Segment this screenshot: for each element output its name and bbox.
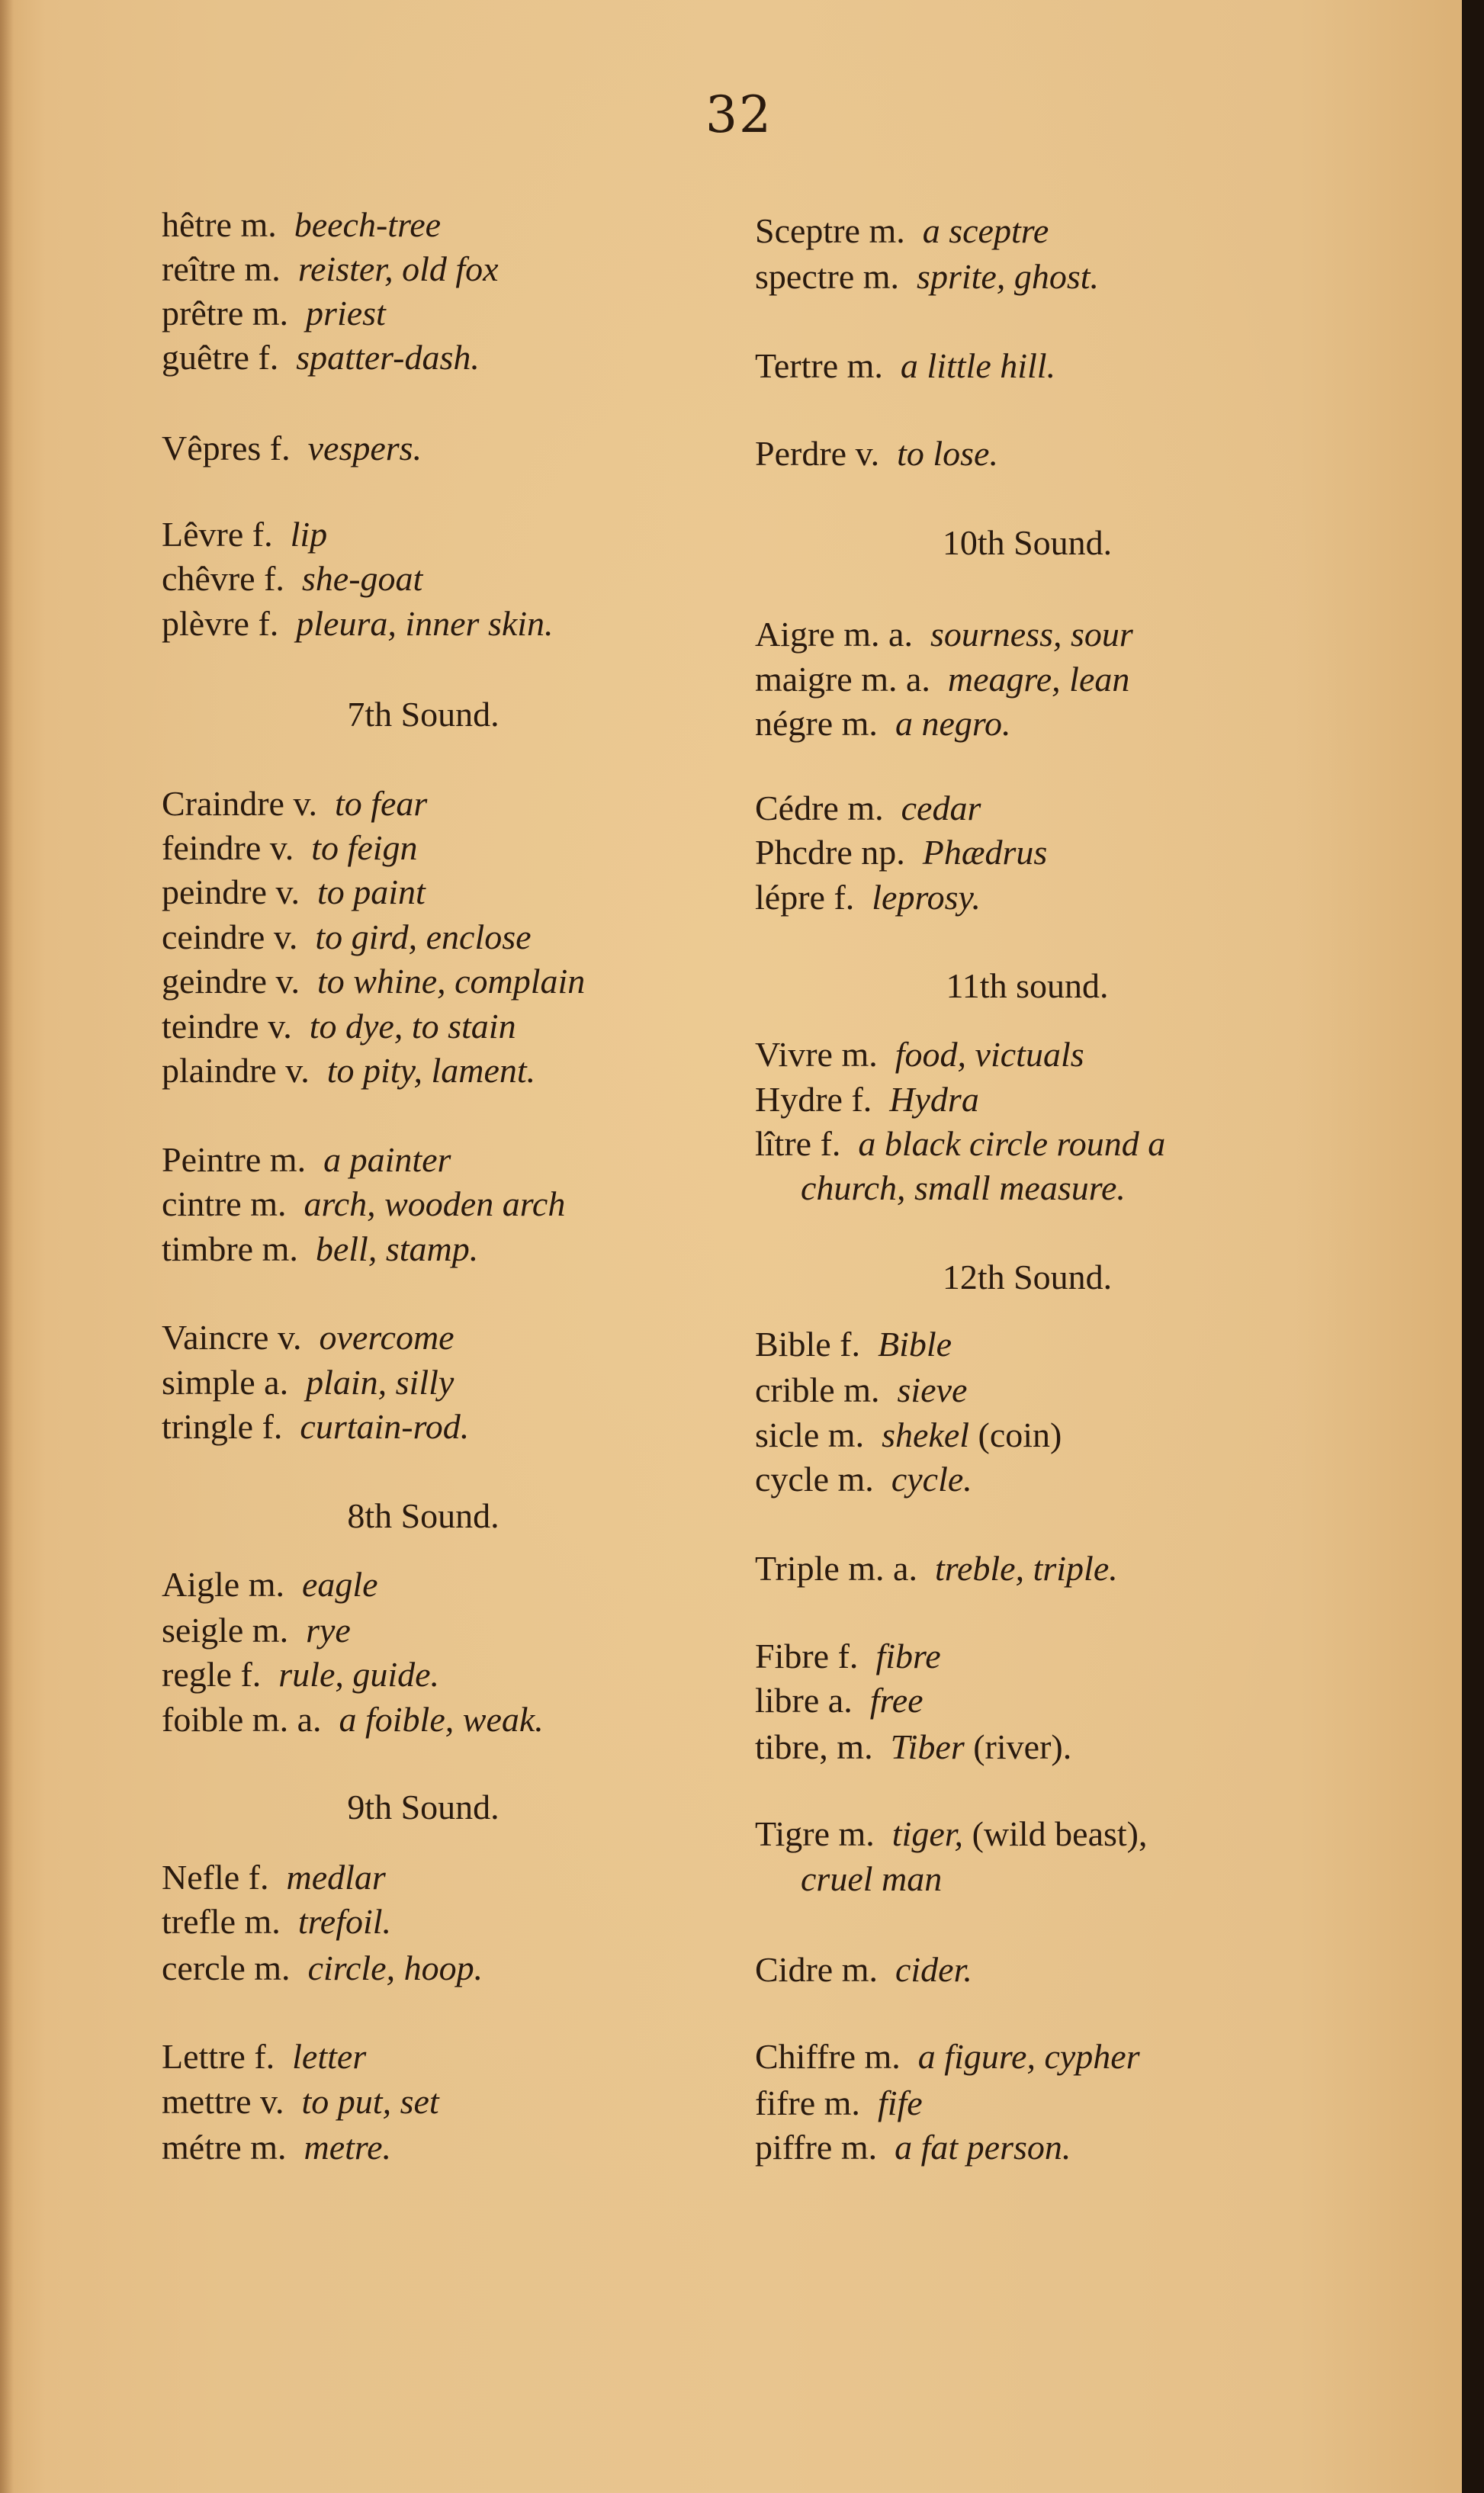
grammar-abbreviation: m. — [847, 789, 883, 827]
vocabulary-entry: lépre f. leprosy. — [755, 880, 981, 915]
vocabulary-entry: Vivre m. food, victuals — [755, 1037, 1084, 1072]
vocabulary-entry: Lêvre f. lip — [162, 517, 327, 552]
vocabulary-entry: mettre v. to put, set — [162, 2084, 439, 2119]
vocabulary-entry: plaindre v. to pity, lament. — [162, 1053, 535, 1088]
vocabulary-entry: ceindre v. to gird, enclose — [162, 920, 532, 955]
vocabulary-entry: Peintre m. a painter — [162, 1142, 451, 1177]
grammar-abbreviation: v. — [274, 917, 298, 956]
vocabulary-entry: négre m. a negro. — [755, 706, 1011, 741]
english-translation: bell, stamp. — [316, 1229, 478, 1268]
english-translation: vespers. — [308, 429, 422, 467]
english-translation: a little hill. — [901, 346, 1055, 385]
vocabulary-entry: Vaincre v. overcome — [162, 1320, 455, 1355]
sound-section-heading: 7th Sound. — [347, 697, 499, 732]
vocabulary-entry: Tertre m. a little hill. — [755, 349, 1055, 384]
french-word: simple — [162, 1363, 255, 1402]
grammar-abbreviation: m. — [254, 1948, 290, 1987]
grammar-abbreviation: v. — [285, 1051, 310, 1090]
vocabulary-entry: Aigre m. a. sourness, sour — [755, 617, 1133, 652]
french-word: hêtre — [162, 205, 232, 244]
french-word: Tertre — [755, 346, 838, 385]
english-translation: plain, silly — [306, 1363, 454, 1402]
grammar-abbreviation: v. — [293, 784, 317, 823]
vocabulary-entry: Lettre f. letter — [162, 2039, 366, 2074]
english-translation: a sceptre — [923, 211, 1049, 250]
english-translation: arch, wooden arch — [304, 1184, 566, 1223]
vocabulary-entry: simple a. plain, silly — [162, 1365, 454, 1400]
french-word: maigre — [755, 660, 853, 699]
sound-section-heading: 12th Sound. — [943, 1260, 1112, 1295]
english-translation: rule, guide. — [278, 1655, 439, 1694]
english-translation: a fat person. — [895, 2128, 1071, 2167]
vocabulary-entry: cruel man — [801, 1862, 942, 1897]
vocabulary-entry: Cidre m. cider. — [755, 1952, 972, 1987]
vocabulary-entry: cercle m. circle, hoop. — [162, 1951, 483, 1986]
english-translation: cider. — [895, 1950, 972, 1989]
vocabulary-entry: Aigle m. eagle — [162, 1567, 378, 1602]
vocabulary-entry: seigle m. rye — [162, 1613, 351, 1648]
grammar-abbreviation: v. — [278, 1318, 302, 1357]
english-translation: to lose. — [897, 434, 998, 473]
french-word: lépre — [755, 878, 825, 917]
french-word: foible — [162, 1700, 243, 1739]
vocabulary-entry: tibre, m. Tiber (river). — [755, 1730, 1071, 1765]
grammar-abbreviation: m. — [842, 1950, 878, 1989]
english-translation: sourness, sour — [930, 615, 1133, 654]
vocabulary-entry: church, small measure. — [801, 1171, 1126, 1206]
vocabulary-entry: regle f. rule, guide. — [162, 1657, 439, 1692]
english-translation: sieve — [898, 1370, 968, 1409]
english-translation: beech-tree — [294, 205, 441, 244]
vocabulary-entry: teindre v. to dye, to stain — [162, 1009, 516, 1044]
french-word: Bible — [755, 1325, 831, 1364]
grammar-abbreviation: m. — [245, 249, 281, 288]
grammar-abbreviation: v. — [275, 962, 300, 1001]
grammar-abbreviation: v. — [275, 872, 300, 911]
vocabulary-entry: timbre m. bell, stamp. — [162, 1232, 478, 1267]
grammar-abbreviation: m. — [839, 1814, 875, 1853]
french-word: Sceptre — [755, 211, 860, 250]
french-word: teindre — [162, 1007, 259, 1046]
vocabulary-entry: cycle m. cycle. — [755, 1462, 972, 1497]
french-word: fifre — [755, 2083, 815, 2122]
grammar-abbreviation: m. — [240, 205, 276, 244]
vocabulary-entry: sicle m. shekel (coin) — [755, 1418, 1062, 1453]
french-word: tibre, — [755, 1727, 828, 1766]
french-word: feindre — [162, 828, 261, 867]
grammar-abbreviation: f. — [258, 604, 278, 643]
translation-note: (wild beast), — [972, 1814, 1148, 1853]
page-edge-stain — [0, 0, 14, 2493]
english-translation: church, small measure. — [801, 1168, 1126, 1207]
grammar-abbreviation: v. — [268, 1007, 292, 1046]
english-translation: tiger, — [892, 1814, 963, 1853]
english-translation: to paint — [317, 872, 426, 911]
grammar-abbreviation: f. — [851, 1080, 872, 1119]
french-word: Lêvre — [162, 515, 243, 554]
french-word: regle — [162, 1655, 232, 1694]
french-word: lître — [755, 1124, 811, 1163]
english-translation: to feign — [311, 828, 417, 867]
vocabulary-entry: Perdre v. to lose. — [755, 436, 998, 471]
french-word: reître — [162, 249, 236, 288]
english-translation: fife — [878, 2083, 923, 2122]
english-translation: she-goat — [302, 559, 422, 598]
vocabulary-entry: guêtre f. spatter-dash. — [162, 340, 480, 375]
french-word: Vaincre — [162, 1318, 268, 1357]
english-translation: cruel man — [801, 1859, 942, 1898]
french-word: tringle — [162, 1407, 253, 1446]
grammar-abbreviation: f. — [270, 429, 291, 467]
sound-section-heading: 10th Sound. — [943, 525, 1112, 561]
book-page: 32 hêtre m. beech-treereître m. reister,… — [0, 0, 1484, 2493]
french-word: prêtre — [162, 294, 243, 333]
french-word: Nefle — [162, 1858, 239, 1897]
sound-section-heading: 11th sound. — [946, 969, 1109, 1004]
english-translation: spatter-dash. — [296, 338, 480, 377]
english-translation: leprosy. — [872, 878, 981, 917]
english-translation: free — [870, 1681, 923, 1720]
french-word: trefle — [162, 1902, 236, 1941]
french-word: piffre — [755, 2128, 832, 2167]
french-word: Aigre — [755, 615, 835, 654]
french-word: cercle — [162, 1948, 246, 1987]
vocabulary-entry: feindre v. to feign — [162, 830, 418, 866]
sound-section-heading: 8th Sound. — [347, 1499, 499, 1534]
vocabulary-entry: Tigre m. tiger, (wild beast), — [755, 1817, 1148, 1852]
grammar-abbreviation: m. — [824, 2083, 860, 2122]
french-word: plèvre — [162, 604, 249, 643]
grammar-abbreviation: f. — [840, 1325, 860, 1364]
french-word: Vêpres — [162, 429, 261, 467]
french-word: seigle — [162, 1611, 243, 1650]
french-word: Fibre — [755, 1637, 829, 1675]
french-word: ceindre — [162, 917, 265, 956]
vocabulary-entry: crible m. sieve — [755, 1373, 967, 1408]
english-translation: a figure, cypher — [918, 2037, 1140, 2076]
french-word: Hydre — [755, 1080, 843, 1119]
english-translation: medlar — [286, 1858, 385, 1897]
book-spine-edge — [1462, 0, 1484, 2493]
french-word: mettre — [162, 2082, 252, 2121]
english-translation: eagle — [302, 1565, 378, 1604]
vocabulary-entry: Sceptre m. a sceptre — [755, 214, 1049, 249]
translation-note: (river). — [973, 1727, 1071, 1766]
vocabulary-entry: Chiffre m. a figure, cypher — [755, 2039, 1140, 2074]
english-translation: overcome — [320, 1318, 455, 1357]
page-number: 32 — [705, 85, 773, 144]
vocabulary-entry: fifre m. fife — [755, 2086, 923, 2121]
english-translation: food, victuals — [895, 1035, 1084, 1074]
french-word: guêtre — [162, 338, 249, 377]
english-translation: to gird, enclose — [315, 917, 531, 956]
english-translation: to dye, to stain — [310, 1007, 516, 1046]
grammar-abbreviation: f. — [834, 878, 854, 917]
french-word: crible — [755, 1370, 835, 1409]
french-word: Cédre — [755, 789, 839, 827]
sound-section-heading: 9th Sound. — [347, 1790, 499, 1825]
grammar-abbreviation: v. — [270, 828, 294, 867]
grammar-abbreviation: v. — [856, 434, 880, 473]
grammar-abbreviation: m. a. — [861, 660, 930, 699]
french-word: Aigle — [162, 1565, 239, 1604]
vocabulary-entry: Phcdre np. Phædrus — [755, 835, 1047, 870]
grammar-abbreviation: m. — [250, 2128, 286, 2167]
vocabulary-entry: hêtre m. beech-tree — [162, 207, 441, 243]
grammar-abbreviation: a. — [828, 1681, 853, 1720]
vocabulary-entry: libre a. free — [755, 1683, 923, 1718]
english-translation: letter — [292, 2037, 366, 2076]
grammar-abbreviation: f. — [262, 1407, 283, 1446]
grammar-abbreviation: m. — [841, 1035, 877, 1074]
english-translation: curtain-rod. — [300, 1407, 469, 1446]
grammar-abbreviation: m. — [828, 1415, 864, 1454]
vocabulary-entry: reître m. reister, old fox — [162, 252, 499, 287]
vocabulary-entry: prêtre m. priest — [162, 296, 386, 331]
grammar-abbreviation: m. — [863, 257, 899, 296]
vocabulary-entry: geindre v. to whine, complain — [162, 964, 585, 999]
vocabulary-entry: Hydre f. Hydra — [755, 1082, 979, 1117]
french-word: négre — [755, 704, 833, 743]
french-word: Tigre — [755, 1814, 830, 1853]
vocabulary-entry: Bible f. Bible — [755, 1327, 952, 1362]
vocabulary-entry: lître f. a black circle round a — [755, 1126, 1165, 1161]
french-word: Phcdre — [755, 833, 853, 872]
translation-note: (coin) — [978, 1415, 1062, 1454]
vocabulary-entry: peindre v. to paint — [162, 875, 426, 910]
vocabulary-entry: Vêpres f. vespers. — [162, 431, 422, 466]
english-translation: sprite, ghost. — [917, 257, 1099, 296]
grammar-abbreviation: a. — [264, 1363, 288, 1402]
english-translation: to whine, complain — [317, 962, 585, 1001]
english-translation: Hydra — [889, 1080, 979, 1119]
english-translation: priest — [306, 294, 386, 333]
french-word: Vivre — [755, 1035, 833, 1074]
french-word: Craindre — [162, 784, 284, 823]
grammar-abbreviation: f. — [838, 1637, 859, 1675]
grammar-abbreviation: m. — [252, 294, 288, 333]
vocabulary-entry: maigre m. a. meagre, lean — [755, 662, 1129, 697]
french-word: Lettre — [162, 2037, 246, 2076]
french-word: plaindre — [162, 1051, 277, 1090]
vocabulary-entry: tringle f. curtain-rod. — [162, 1409, 469, 1444]
french-word: Chiffre — [755, 2037, 856, 2076]
english-translation: Bible — [878, 1325, 952, 1364]
vocabulary-entry: métre m. metre. — [162, 2130, 391, 2165]
french-word: Perdre — [755, 434, 846, 473]
vocabulary-entry: Nefle f. medlar — [162, 1860, 386, 1895]
english-translation: a foible, weak. — [339, 1700, 544, 1739]
english-translation: cycle. — [891, 1460, 972, 1499]
french-word: Cidre — [755, 1950, 833, 1989]
grammar-abbreviation: m. — [869, 211, 904, 250]
english-translation: rye — [306, 1611, 351, 1650]
grammar-abbreviation: v. — [260, 2082, 284, 2121]
french-word: geindre — [162, 962, 267, 1001]
english-translation: a painter — [323, 1140, 451, 1179]
grammar-abbreviation: m. — [252, 1611, 288, 1650]
grammar-abbreviation: m. — [838, 1460, 874, 1499]
french-word: Triple — [755, 1549, 840, 1588]
vocabulary-entry: Craindre v. to fear — [162, 786, 427, 821]
grammar-abbreviation: m. — [841, 2128, 877, 2167]
french-word: libre — [755, 1681, 819, 1720]
english-translation: meagre, lean — [948, 660, 1129, 699]
english-translation: cedar — [901, 789, 981, 827]
grammar-abbreviation: m. — [250, 1184, 286, 1223]
french-word: Peintre — [162, 1140, 261, 1179]
vocabulary-entry: piffre m. a fat person. — [755, 2130, 1071, 2165]
grammar-abbreviation: m. — [837, 1727, 872, 1766]
grammar-abbreviation: f. — [821, 1124, 841, 1163]
vocabulary-entry: chêvre f. she-goat — [162, 561, 422, 596]
french-word: cycle — [755, 1460, 829, 1499]
english-translation: to put, set — [302, 2082, 439, 2121]
english-translation: metre. — [304, 2128, 392, 2167]
french-word: timbre — [162, 1229, 253, 1268]
english-translation: Phædrus — [923, 833, 1048, 872]
grammar-abbreviation: m. — [262, 1229, 298, 1268]
grammar-abbreviation: np. — [861, 833, 905, 872]
french-word: cintre — [162, 1184, 242, 1223]
english-translation: shekel — [882, 1415, 969, 1454]
grammar-abbreviation: m. — [865, 2037, 901, 2076]
vocabulary-entry: cintre m. arch, wooden arch — [162, 1187, 565, 1222]
vocabulary-entry: foible m. a. a foible, weak. — [162, 1702, 544, 1737]
grammar-abbreviation: m. — [842, 704, 878, 743]
vocabulary-entry: Cédre m. cedar — [755, 791, 981, 826]
grammar-abbreviation: f. — [258, 338, 278, 377]
english-translation: lip — [291, 515, 328, 554]
french-word: métre — [162, 2128, 242, 2167]
vocabulary-entry: spectre m. sprite, ghost. — [755, 259, 1099, 294]
grammar-abbreviation: m. — [270, 1140, 306, 1179]
grammar-abbreviation: f. — [249, 1858, 269, 1897]
grammar-abbreviation: m. a. — [252, 1700, 322, 1739]
grammar-abbreviation: m. a. — [843, 615, 913, 654]
vocabulary-entry: Fibre f. fibre — [755, 1639, 941, 1674]
grammar-abbreviation: m. — [843, 1370, 879, 1409]
grammar-abbreviation: f. — [240, 1655, 261, 1694]
english-translation: to pity, lament. — [327, 1051, 535, 1090]
english-translation: to fear — [335, 784, 427, 823]
english-translation: treble, triple. — [935, 1549, 1118, 1588]
english-translation: trefoil. — [298, 1902, 391, 1941]
vocabulary-entry: trefle m. trefoil. — [162, 1904, 391, 1939]
english-translation: Tiber — [891, 1727, 965, 1766]
english-translation: circle, hoop. — [308, 1948, 483, 1987]
grammar-abbreviation: f. — [252, 515, 273, 554]
english-translation: a negro. — [895, 704, 1011, 743]
grammar-abbreviation: m. — [249, 1565, 284, 1604]
vocabulary-entry: Triple m. a. treble, triple. — [755, 1551, 1118, 1586]
grammar-abbreviation: f. — [264, 559, 284, 598]
grammar-abbreviation: m. — [245, 1902, 281, 1941]
english-translation: reister, old fox — [298, 249, 499, 288]
french-word: spectre — [755, 257, 854, 296]
english-translation: pleura, inner skin. — [296, 604, 553, 643]
vocabulary-entry: plèvre f. pleura, inner skin. — [162, 606, 554, 641]
grammar-abbreviation: m. — [847, 346, 883, 385]
french-word: peindre — [162, 872, 267, 911]
grammar-abbreviation: f. — [254, 2037, 275, 2076]
english-translation: fibre — [875, 1637, 940, 1675]
english-translation: a black circle round a — [858, 1124, 1165, 1163]
grammar-abbreviation: m. a. — [848, 1549, 917, 1588]
french-word: chêvre — [162, 559, 255, 598]
french-word: sicle — [755, 1415, 819, 1454]
